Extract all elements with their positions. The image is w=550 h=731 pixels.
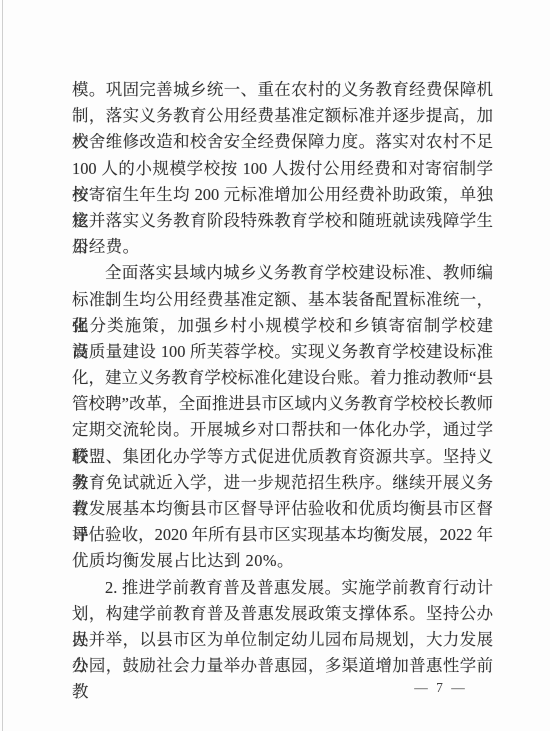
text-line: 模。巩固完善城乡统一、重在农村的义务教育经费保障机 (72, 77, 493, 103)
text-line: 标准、生均公用经费基准定额、基本装备配置标准统一，强 (72, 287, 493, 313)
text-line: 校舍维修改造和校舍安全经费保障力度。落实对农村不足 (72, 129, 493, 155)
text-line: 化，建立义务教育学校标准化建设台账。着力推动教师“县 (72, 365, 493, 391)
text-line: 制，落实义务教育公用经费基准定额标准并逐步提高，加大 (72, 103, 493, 129)
text-line: 优质均衡发展占比达到 20%。 (72, 548, 493, 574)
scan-edge-artifact (2, 0, 3, 731)
text-line: 用经费。 (72, 234, 493, 260)
text-line: 化分类施策，加强乡村小规模学校和乡镇寄宿制学校建设， (72, 313, 493, 339)
text-line: 联盟、集团化办学等方式促进优质教育资源共享。坚持义务 (72, 444, 493, 470)
text-line: 评估验收，2020 年所有县市区实现基本均衡发展，2022 年 (72, 522, 493, 548)
text-line: 育发展基本均衡县市区督导评估验收和优质均衡县市区督导 (72, 496, 493, 522)
text-line: 管校聘”改革，全面推进县市区域内义务教育学校校长教师 (72, 391, 493, 417)
text-line: 定期交流轮岗。开展城乡对口帮扶和一体化办学，通过学校 (72, 417, 493, 443)
text-line: 办园，鼓励社会力量举办普惠园，多渠道增加普惠性学前教 (72, 653, 493, 679)
text-line: 定并落实义务教育阶段特殊教育学校和随班就读残障学生公 (72, 208, 493, 234)
text-line: 教育免试就近入学，进一步规范招生秩序。继续开展义务教 (72, 470, 493, 496)
page-number: — 7 — (398, 677, 482, 699)
text-line: 办并举，以县市区为单位制定幼儿园布局规划，大力发展公 (72, 627, 493, 653)
document-body: 模。巩固完善城乡统一、重在农村的义务教育经费保障机 制，落实义务教育公用经费基准… (72, 77, 493, 679)
text-line paragraph-start: 2. 推进学前教育普及普惠发展。实施学前教育行动计 (72, 575, 493, 601)
text-line: 按寄宿生年生均 200 元标准增加公用经费补助政策，单独核 (72, 182, 493, 208)
text-line paragraph-start: 全面落实县域内城乡义务教育学校建设标准、教师编制 (72, 260, 493, 286)
text-line: 划，构建学前教育普及普惠发展政策支撑体系。坚持公办民 (72, 601, 493, 627)
text-line: 高质量建设 100 所芙蓉学校。实现义务教育学校建设标准 (72, 339, 493, 365)
text-line: 100 人的小规模学校按 100 人拨付公用经费和对寄宿制学校 (72, 156, 493, 182)
scanned-document-page: 模。巩固完善城乡统一、重在农村的义务教育经费保障机 制，落实义务教育公用经费基准… (0, 0, 550, 731)
